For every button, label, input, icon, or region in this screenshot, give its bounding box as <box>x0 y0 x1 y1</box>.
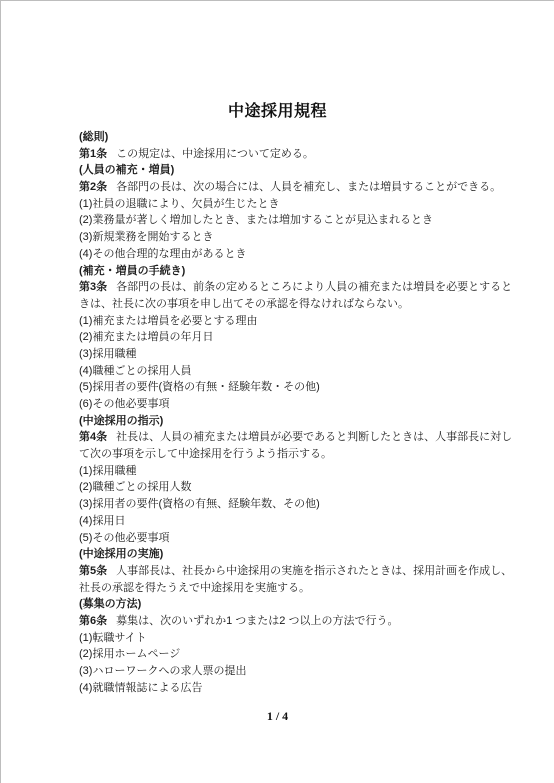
section-heading: (総則) <box>79 129 509 146</box>
section-heading: (募集の方法) <box>79 596 509 613</box>
document-line: (2)業務量が著しく増加したとき、または増加することが見込まれるとき <box>79 212 509 229</box>
article-number: 第5条 <box>79 565 107 577</box>
document-line: て次の事項を示して中途採用を行うよう指示する。 <box>79 446 509 463</box>
article-number: 第3条 <box>79 281 107 293</box>
document-line: (1)補充または増員を必要とする理由 <box>79 313 509 330</box>
document-line: 社長の承認を得たうえで中途採用を実施する。 <box>79 580 509 597</box>
document-line: (3)採用職種 <box>79 346 509 363</box>
document-line: (2)補充または増員の年月日 <box>79 329 509 346</box>
document-title: 中途採用規程 <box>1 98 554 121</box>
article-number: 第1条 <box>79 148 107 160</box>
document-line: (3)新規業務を開始するとき <box>79 229 509 246</box>
article-text: 人事部長は、社長から中途採用の実施を指示されたときは、採用計画を作成し、 <box>116 565 512 577</box>
document-line: (2)職種ごとの採用人数 <box>79 479 509 496</box>
article-text: 募集は、次のいずれか1 つまたは2 つ以上の方法で行う。 <box>116 615 398 627</box>
document-page: 中途採用規程 (総則)第1条この規定は、中途採用について定める。(人員の補充・増… <box>0 0 554 783</box>
article-text: 各部門の長は、次の場合には、人員を補充し、または増員することができる。 <box>116 181 501 193</box>
document-line: (1)社員の退職により、欠員が生じたとき <box>79 196 509 213</box>
section-heading: (補充・増員の手続き) <box>79 263 509 280</box>
page-number: 1 / 4 <box>1 709 554 724</box>
document-line: (2)採用ホームページ <box>79 646 509 663</box>
document-body: (総則)第1条この規定は、中途採用について定める。(人員の補充・増員)第2条各部… <box>79 129 509 696</box>
document-line: (5)その他必要事項 <box>79 530 509 547</box>
document-line: (4)就職情報誌による広告 <box>79 680 509 697</box>
section-heading: (中途採用の指示) <box>79 413 509 430</box>
document-line: (4)その他合理的な理由があるとき <box>79 246 509 263</box>
document-line: 第3条各部門の長は、前条の定めるところにより人員の補充または増員を必要とすると <box>79 279 509 296</box>
document-line: 第6条募集は、次のいずれか1 つまたは2 つ以上の方法で行う。 <box>79 613 509 630</box>
article-number: 第2条 <box>79 181 107 193</box>
article-number: 第4条 <box>79 431 107 443</box>
document-line: (3)採用者の要件(資格の有無、経験年数、その他) <box>79 496 509 513</box>
document-line: (6)その他必要事項 <box>79 396 509 413</box>
document-line: きは、社長に次の事項を申し出てその承認を得なければならない。 <box>79 296 509 313</box>
document-line: (1)採用職種 <box>79 463 509 480</box>
document-line: (5)採用者の要件(資格の有無・経験年数・その他) <box>79 379 509 396</box>
article-number: 第6条 <box>79 615 107 627</box>
document-line: 第1条この規定は、中途採用について定める。 <box>79 146 509 163</box>
document-line: 第2条各部門の長は、次の場合には、人員を補充し、または増員することができる。 <box>79 179 509 196</box>
document-line: (3)ハローワークへの求人票の提出 <box>79 663 509 680</box>
article-text: 社長は、人員の補充または増員が必要であると判断したときは、人事部長に対し <box>116 431 512 443</box>
document-line: 第5条人事部長は、社長から中途採用の実施を指示されたときは、採用計画を作成し、 <box>79 563 509 580</box>
article-text: この規定は、中途採用について定める。 <box>116 148 314 160</box>
document-line: (4)職種ごとの採用人員 <box>79 363 509 380</box>
document-line: (4)採用日 <box>79 513 509 530</box>
document-line: (1)転職サイト <box>79 630 509 647</box>
document-line: 第4条社長は、人員の補充または増員が必要であると判断したときは、人事部長に対し <box>79 429 509 446</box>
section-heading: (中途採用の実施) <box>79 546 509 563</box>
article-text: 各部門の長は、前条の定めるところにより人員の補充または増員を必要とすると <box>116 281 512 293</box>
section-heading: (人員の補充・増員) <box>79 162 509 179</box>
